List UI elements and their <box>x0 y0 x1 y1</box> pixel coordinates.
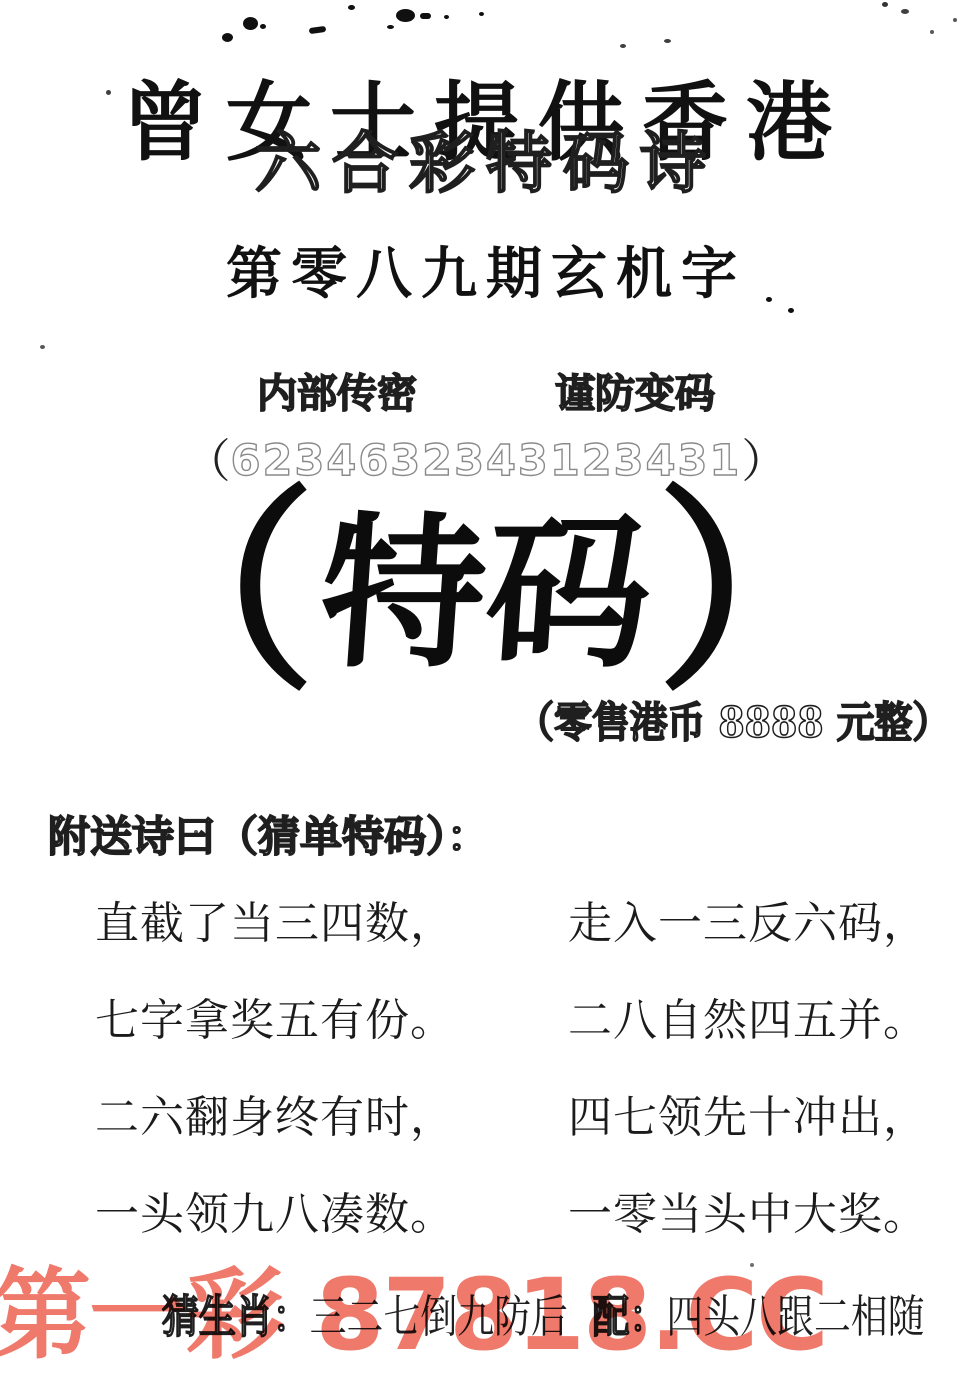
banner-open-paren: （ <box>110 485 315 700</box>
ink-speck <box>664 39 671 43</box>
poem-line: 一零当头中大奖。 <box>568 1193 928 1238</box>
notice-anticounterfeit: 谨防变码 <box>555 374 715 414</box>
banner-label: 特码 <box>315 511 657 676</box>
ink-speck <box>953 18 957 22</box>
ink-speck <box>243 17 258 30</box>
poem-line: 走入一三反六码， <box>568 902 928 947</box>
subtitle: 六合彩特码诗 <box>0 130 972 196</box>
ink-speck <box>260 24 266 29</box>
special-code-banner: （ 特码 ） <box>0 478 972 708</box>
price-line: （零售港币 8888 元整） <box>516 702 950 744</box>
ink-speck <box>620 44 626 48</box>
ink-speck <box>930 30 934 34</box>
ink-speck <box>396 9 415 22</box>
poem-intro: 附送诗曰（猜单特码）： <box>48 816 489 858</box>
ink-speck <box>40 345 45 349</box>
poem-line: 四七领先十冲出， <box>568 1096 928 1141</box>
ink-speck <box>348 5 355 10</box>
poem-right-column: 走入一三反六码， 二八自然四五并。 四七领先十冲出， 一零当头中大奖。 <box>568 902 928 1238</box>
watermark: 第一彩 87818.CC <box>0 1266 827 1365</box>
ink-speck <box>901 9 909 14</box>
notice-internal: 内部传密 <box>257 374 417 414</box>
banner-close-paren: ） <box>657 485 862 700</box>
ink-speck <box>882 2 888 7</box>
poem-line: 七字拿奖五有份。 <box>95 999 455 1044</box>
poem-line: 二八自然四五并。 <box>568 999 928 1044</box>
poem-line: 二六翻身终有时， <box>95 1096 455 1141</box>
poem-left-column: 直截了当三四数， 七字拿奖五有份。 二六翻身终有时， 一头领九八凑数。 <box>95 902 455 1238</box>
issue-title: 第零八九期玄机字 <box>0 246 972 302</box>
notice-row: 内部传密 谨防变码 <box>0 374 972 414</box>
ink-speck <box>387 25 394 29</box>
ink-speck <box>309 26 327 34</box>
poem-line: 一头领九八凑数。 <box>95 1193 455 1238</box>
ink-speck <box>222 33 233 42</box>
ink-speck <box>420 13 431 19</box>
poem-line: 直截了当三四数， <box>95 902 455 947</box>
ink-speck <box>788 308 794 313</box>
ink-speck <box>479 12 484 16</box>
scanned-lottery-flyer: 曾女士提供香港 六合彩特码诗 第零八九期玄机字 内部传密 谨防变码 （ 6234… <box>0 0 972 1388</box>
ink-speck <box>444 15 449 19</box>
